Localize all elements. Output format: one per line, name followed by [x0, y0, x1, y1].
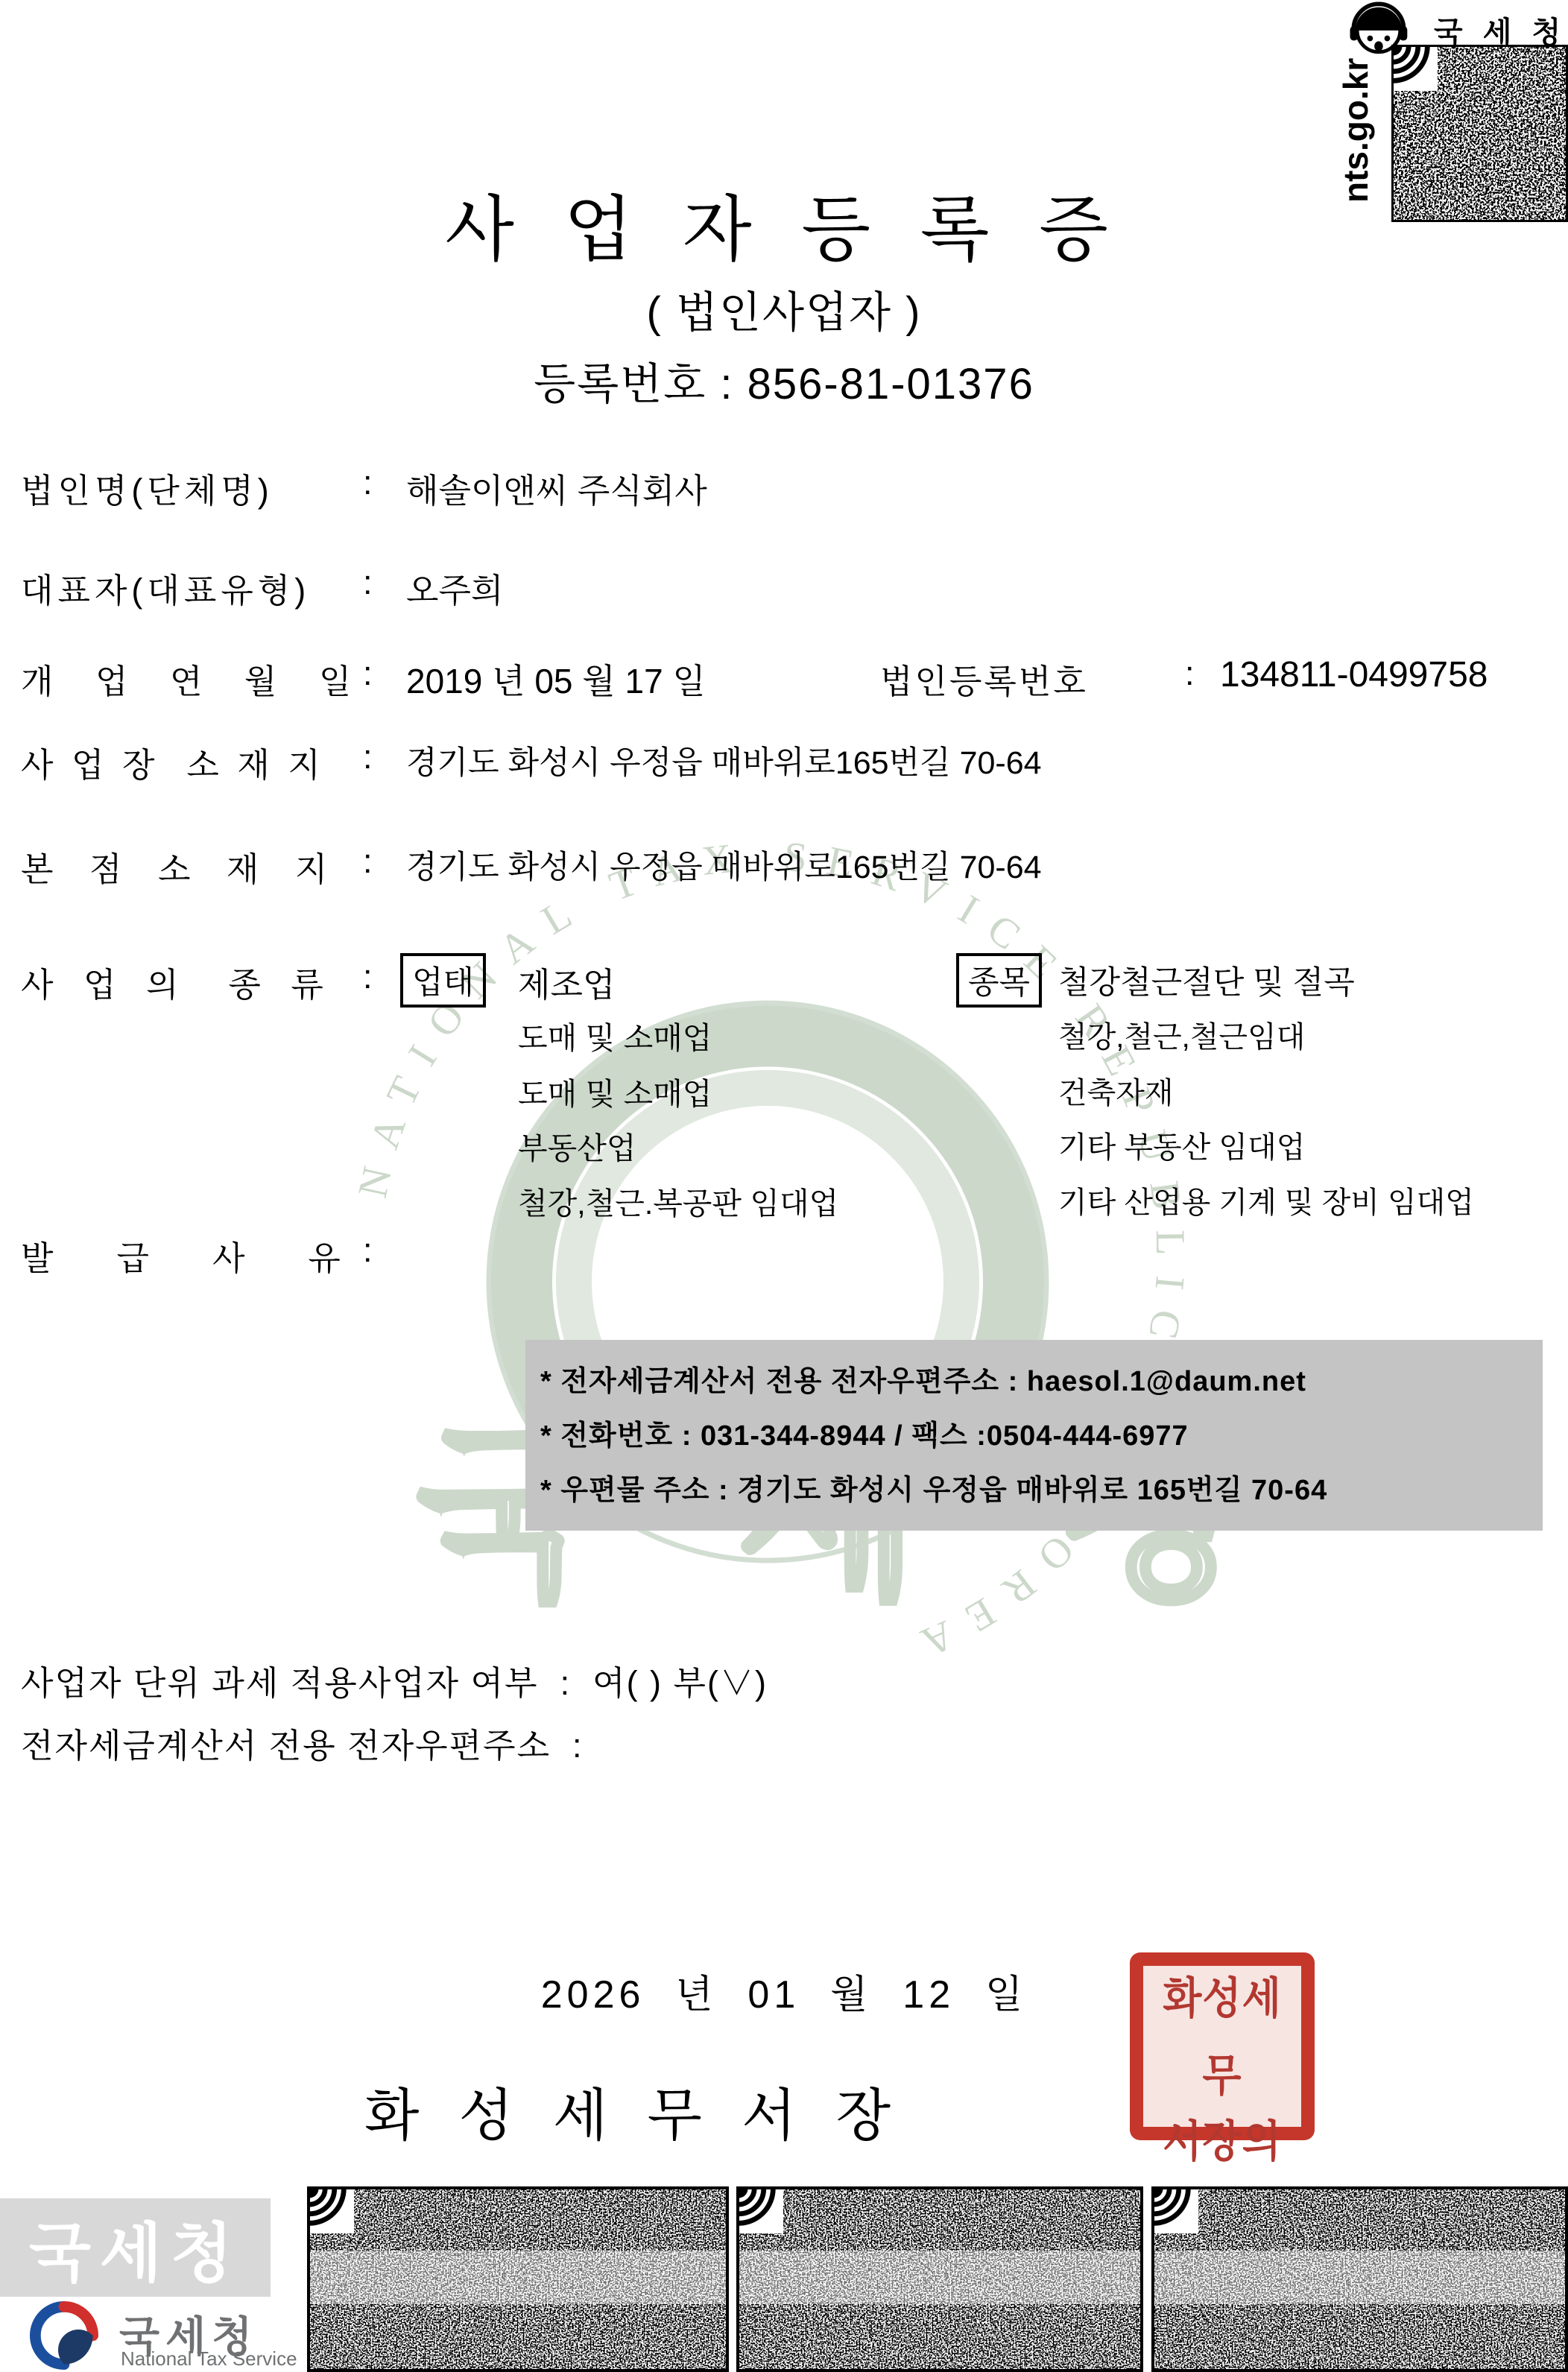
- uptae-value: 부동산업: [518, 1124, 636, 1168]
- field-corp-name: 법인명(단체명) : 해솔이앤씨 주식회사: [21, 464, 1556, 510]
- business-type-row: 도매 및 소매업 철강,철근,철근임대: [0, 1013, 1568, 1057]
- field-label: 사 업 장 소 재 지: [21, 738, 325, 786]
- field-colon: :: [363, 464, 373, 502]
- field-label: 사 업 의 종 류: [21, 958, 334, 1006]
- field-hq-address: 본 점 소 재 지 : 경기도 화성시 우정읍 매바위로165번길 70-64: [21, 842, 1556, 888]
- issue-date: 2026 년 01 월 12 일: [0, 1963, 1568, 2019]
- uptae-value: 제조업: [518, 958, 615, 1006]
- barcode-midband: [739, 2251, 1140, 2304]
- field-label: 본 점 소 재 지: [21, 842, 341, 891]
- info-line-mailing: * 우편물 주소 : 경기도 화성시 우정읍 매바위로 165번길 70-64: [540, 1467, 1327, 1508]
- jongmok-value: 기타 부동산 임대업: [1058, 1124, 1305, 1166]
- field-value: 2019 년 05 월 17 일: [406, 654, 706, 703]
- business-type-row: 부동산업 기타 부동산 임대업: [0, 1124, 1568, 1167]
- registration-number: 등록번호 : 856-81-01376: [0, 349, 1568, 411]
- field-value-corp-reg-no: 134811-0499758: [1220, 654, 1488, 695]
- uptae-value: 도매 및 소매업: [518, 1013, 712, 1057]
- field-label: 대표자(대표유형): [21, 563, 310, 612]
- nts-logo-english: National Tax Service: [121, 2347, 297, 2371]
- barcode-2d: [1151, 2186, 1568, 2372]
- field-value: 오주희: [406, 563, 503, 612]
- info-line-phone: * 전화번호 : 031-344-8944 / 팩스 :0504-444-697…: [540, 1412, 1189, 1453]
- jongmok-tag: 종목: [956, 953, 1042, 1008]
- business-type-row: 철강,철근.복공판 임대업 기타 산업용 기계 및 장비 임대업: [0, 1179, 1568, 1222]
- soundwave-icon: [1391, 45, 1438, 91]
- seal-text-line: 화성세무: [1143, 1960, 1301, 2114]
- soundwave-icon: [308, 2187, 354, 2233]
- field-colon: :: [1185, 654, 1195, 693]
- field-value: 경기도 화성시 우정읍 매바위로165번길 70-64: [406, 738, 1042, 783]
- info-line-email: * 전자세금계산서 전용 전자우편주소 : haesol.1@daum.net: [540, 1358, 1306, 1399]
- field-business-address: 사 업 장 소 재 지 : 경기도 화성시 우정읍 매바위로165번길 70-6…: [21, 738, 1556, 784]
- field-colon: :: [363, 1231, 373, 1270]
- barcode-2d: [736, 2186, 1143, 2372]
- field-colon: :: [363, 842, 373, 881]
- document-subtitle: ( 법인사업자 ): [0, 277, 1568, 340]
- uptae-value: 도매 및 소매업: [518, 1069, 712, 1113]
- jongmok-value: 철강,철근,철근임대: [1058, 1013, 1305, 1056]
- field-value: 경기도 화성시 우정읍 매바위로165번길 70-64: [406, 842, 1042, 888]
- nts-taegeuk-emblem-icon: [30, 2301, 98, 2370]
- field-opening-date: 개 업 연 월 일 : 2019 년 05 월 17 일 법인등록번호 : 13…: [21, 654, 1556, 700]
- jongmok-value: 기타 산업용 기계 및 장비 임대업: [1058, 1179, 1474, 1221]
- unit-taxation-line: 사업자 단위 과세 적용사업자 여부 : 여( ) 부(∨): [21, 1656, 768, 1704]
- field-colon: :: [363, 958, 373, 996]
- field-colon: :: [363, 738, 373, 777]
- soundwave-icon: [737, 2187, 783, 2233]
- nts-gray-watermark-box: 국세청: [0, 2198, 271, 2297]
- barcode-midband: [310, 2251, 726, 2304]
- field-value: 해솔이앤씨 주식회사: [406, 464, 707, 512]
- field-label: 발 급 사 유: [21, 1231, 355, 1280]
- nts-white-text: 국세청: [29, 2201, 241, 2294]
- uptae-tag: 업태: [400, 953, 486, 1008]
- contact-info-box: * 전자세금계산서 전용 전자우편주소 : haesol.1@daum.net …: [525, 1340, 1543, 1531]
- e-tax-email-line: 전자세금계산서 전용 전자우편주소 :: [21, 1718, 584, 1767]
- soundwave-icon: [1152, 2187, 1198, 2233]
- uptae-value: 철강,철근.복공판 임대업: [518, 1179, 838, 1223]
- field-issue-reason: 발 급 사 유 :: [21, 1231, 1556, 1277]
- field-business-type: 사 업 의 종 류 : 업태 제조업 종목 철강철근절단 및 절곡: [21, 958, 1556, 1004]
- barcode-midband: [1154, 2251, 1565, 2304]
- field-label-corp-reg-no: 법인등록번호: [880, 654, 1088, 703]
- field-colon: :: [363, 654, 373, 693]
- tax-office-name: 화 성 세 무 서 장: [0, 2070, 1267, 2151]
- jongmok-value: 철강철근절단 및 절곡: [1058, 958, 1355, 1003]
- field-colon: :: [363, 563, 373, 602]
- field-label: 개 업 연 월 일: [21, 654, 367, 703]
- jongmok-value: 건축자재: [1058, 1069, 1174, 1112]
- barcode-2d: [307, 2186, 729, 2372]
- field-label: 법인명(단체명): [21, 464, 274, 512]
- field-representative: 대표자(대표유형) : 오주희: [21, 563, 1556, 610]
- business-registration-certificate: NATIONAL TAX SERVICE REPUBLIC OF KOREA 국…: [0, 0, 1568, 2372]
- document-title: 사 업 자 등 록 증: [0, 173, 1568, 275]
- business-type-row: 도매 및 소매업 건축자재: [0, 1069, 1568, 1113]
- official-seal-stamp: 화성세무 서장의인: [1130, 1952, 1315, 2140]
